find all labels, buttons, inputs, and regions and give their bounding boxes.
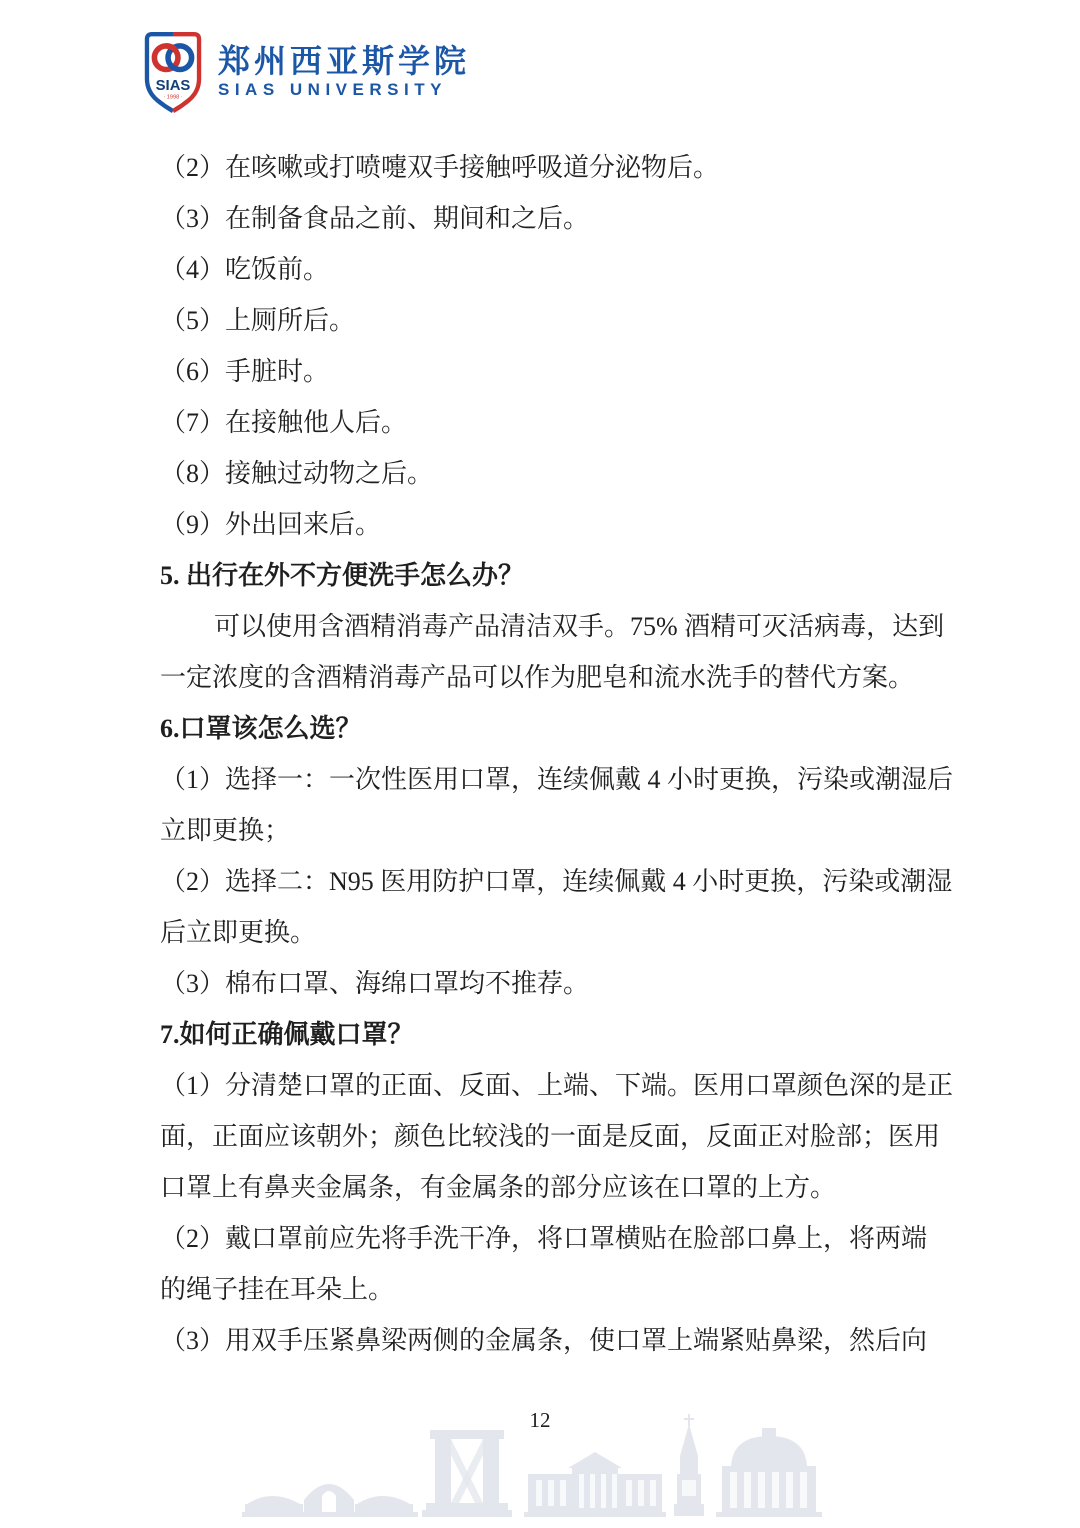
text-line: （3）棉布口罩、海绵口罩均不推荐。 bbox=[160, 958, 960, 1009]
university-names: 郑州西亚斯学院 SIAS UNIVERSITY bbox=[218, 43, 470, 100]
sias-shield-logo-icon: SIAS · 1998 · bbox=[142, 30, 204, 114]
logo-year-text: · 1998 · bbox=[163, 95, 182, 101]
text-line: （2）在咳嗽或打喷嚏双手接触呼吸道分泌物后。 bbox=[160, 142, 960, 193]
university-name-cn: 郑州西亚斯学院 bbox=[218, 43, 470, 80]
document-lines: （2）在咳嗽或打喷嚏双手接触呼吸道分泌物后。（3）在制备食品之前、期间和之后。（… bbox=[160, 142, 960, 1366]
text-line: （3）在制备食品之前、期间和之后。 bbox=[160, 193, 960, 244]
university-name-en: SIAS UNIVERSITY bbox=[218, 80, 470, 100]
text-line: （1）选择一：一次性医用口罩，连续佩戴 4 小时更换，污染或潮湿后 bbox=[160, 754, 960, 805]
text-line: （3）用双手压紧鼻梁两侧的金属条，使口罩上端紧贴鼻梁，然后向 bbox=[160, 1315, 960, 1366]
logo-acronym-text: SIAS bbox=[156, 78, 191, 94]
text-line: （2）戴口罩前应先将手洗干净，将口罩横贴在脸部口鼻上，将两端 bbox=[160, 1213, 960, 1264]
campus-skyline-watermark-icon bbox=[242, 1412, 834, 1524]
text-line: 的绳子挂在耳朵上。 bbox=[160, 1264, 960, 1315]
text-line: （4）吃饭前。 bbox=[160, 244, 960, 295]
text-line: （8）接触过动物之后。 bbox=[160, 448, 960, 499]
text-line: 后立即更换。 bbox=[160, 907, 960, 958]
text-line: 7.如何正确佩戴口罩？ bbox=[160, 1009, 960, 1060]
text-line: 5. 出行在外不方便洗手怎么办？ bbox=[160, 550, 960, 601]
university-header: SIAS · 1998 · 郑州西亚斯学院 SIAS UNIVERSITY bbox=[142, 30, 470, 114]
text-line: （6）手脏时。 bbox=[160, 346, 960, 397]
text-line: （2）选择二：N95 医用防护口罩，连续佩戴 4 小时更换，污染或潮湿 bbox=[160, 856, 960, 907]
text-line: 面，正面应该朝外；颜色比较浅的一面是反面，反面正对脸部；医用 bbox=[160, 1111, 960, 1162]
text-line: 口罩上有鼻夹金属条，有金属条的部分应该在口罩的上方。 bbox=[160, 1162, 960, 1213]
text-line: （5）上厕所后。 bbox=[160, 295, 960, 346]
text-line: 立即更换； bbox=[160, 805, 960, 856]
text-line: 6.口罩该怎么选？ bbox=[160, 703, 960, 754]
text-line: 一定浓度的含酒精消毒产品可以作为肥皂和流水洗手的替代方案。 bbox=[160, 652, 960, 703]
text-line: （7）在接触他人后。 bbox=[160, 397, 960, 448]
document-page: SIAS · 1998 · 郑州西亚斯学院 SIAS UNIVERSITY （2… bbox=[0, 0, 1080, 1528]
text-line: 可以使用含酒精消毒产品清洁双手。75% 酒精可灭活病毒，达到 bbox=[160, 601, 960, 652]
text-line: （1）分清楚口罩的正面、反面、上端、下端。医用口罩颜色深的是正 bbox=[160, 1060, 960, 1111]
text-line: （9）外出回来后。 bbox=[160, 499, 960, 550]
